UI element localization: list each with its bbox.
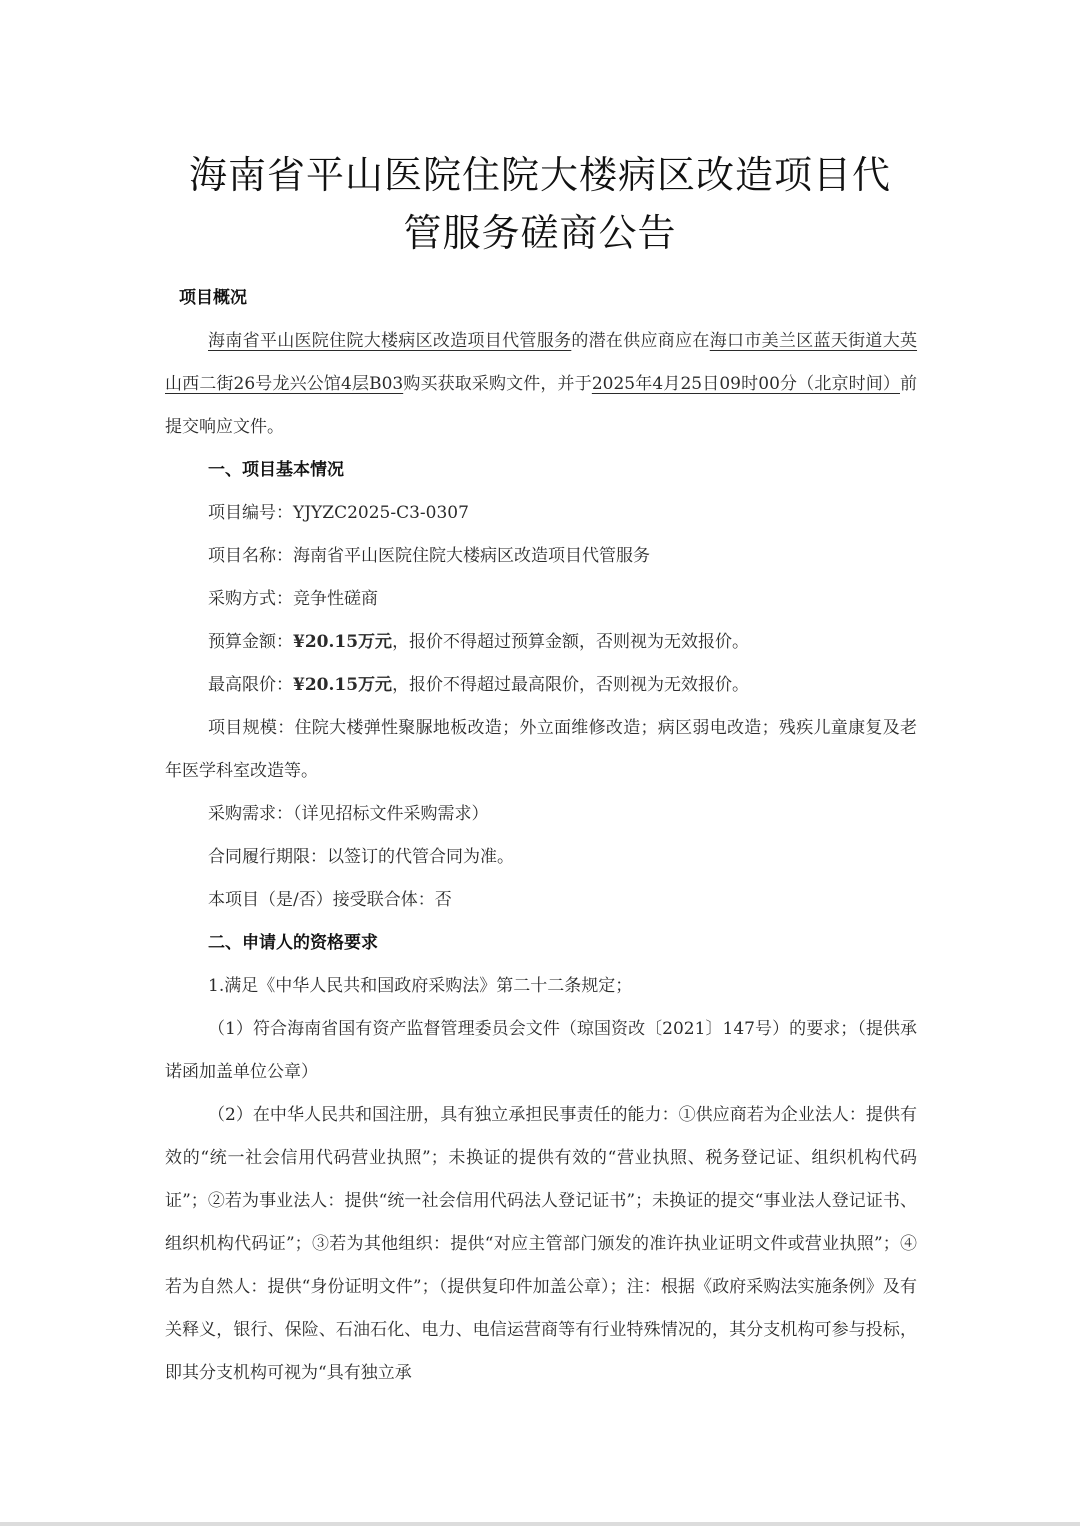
- project-number-row: 项目编号：YJYZC2025-C3-0307: [165, 492, 917, 535]
- max-price-label: 最高限价：: [208, 675, 293, 695]
- procurement-method-value: 竞争性磋商: [293, 589, 378, 609]
- procurement-method-row: 采购方式：竞争性磋商: [165, 578, 917, 621]
- consortium-value: 否: [435, 890, 452, 910]
- document-body: 项目概况 海南省平山医院住院大楼病区改造项目代管服务的潜在供应商应在海口市美兰区…: [165, 277, 917, 1395]
- qualification-item-1-1: （1）符合海南省国有资产监督管理委员会文件（琼国资改〔2021〕147号）的要求…: [165, 1008, 917, 1094]
- max-price-row: 最高限价：¥20.15万元，报价不得超过最高限价，否则视为无效报价。: [165, 664, 917, 707]
- project-scale-label: 项目规模：: [208, 718, 295, 738]
- procurement-demand-label: 采购需求：: [208, 804, 293, 824]
- procurement-demand-row: 采购需求：（详见招标文件采购需求）: [165, 793, 917, 836]
- qualification-item-1: 1.满足《中华人民共和国政府采购法》第二十二条规定；: [165, 965, 917, 1008]
- project-scale-row: 项目规模：住院大楼弹性聚脲地板改造；外立面维修改造；病区弱电改造；残疾儿童康复及…: [165, 707, 917, 793]
- budget-note: ，报价不得超过预算金额，否则视为无效报价。: [392, 632, 749, 652]
- document-title: 海南省平山医院住院大楼病区改造项目代 管服务磋商公告: [160, 146, 920, 262]
- project-name-row: 项目名称：海南省平山医院住院大楼病区改造项目代管服务: [165, 535, 917, 578]
- contract-period-row: 合同履行期限：以签订的代管合同为准。: [165, 836, 917, 879]
- budget-row: 预算金额：¥20.15万元，报价不得超过预算金额，否则视为无效报价。: [165, 621, 917, 664]
- title-line-2: 管服务磋商公告: [160, 204, 920, 262]
- procurement-method-label: 采购方式：: [208, 589, 293, 609]
- title-line-1: 海南省平山医院住院大楼病区改造项目代: [160, 146, 920, 204]
- contract-period-value: 以签订的代管合同为准。: [327, 847, 514, 867]
- contract-period-label: 合同履行期限：: [208, 847, 327, 867]
- budget-label: 预算金额：: [208, 632, 293, 652]
- overview-deadline: 2025年4月25日09时00分（北京时间）: [592, 374, 900, 394]
- document-page: 海南省平山医院住院大楼病区改造项目代 管服务磋商公告 项目概况 海南省平山医院住…: [0, 0, 1080, 1522]
- max-price-note: ，报价不得超过最高限价，否则视为无效报价。: [392, 675, 749, 695]
- consortium-row: 本项目（是/否）接受联合体：否: [165, 879, 917, 922]
- project-number-label: 项目编号：: [208, 503, 293, 523]
- overview-project-name: 海南省平山医院住院大楼病区改造项目代管服务: [208, 331, 571, 351]
- overview-text-1: 的潜在供应商应在: [571, 331, 709, 351]
- overview-text-2: 购买获取采购文件，并于: [403, 374, 592, 394]
- page-bottom-edge: [0, 1522, 1080, 1526]
- section-2-heading: 二、申请人的资格要求: [165, 922, 917, 965]
- project-number-value: YJYZC2025-C3-0307: [293, 503, 469, 523]
- section-1-heading: 一、项目基本情况: [165, 449, 917, 492]
- consortium-label: 本项目（是/否）接受联合体：: [208, 890, 435, 910]
- project-name-value: 海南省平山医院住院大楼病区改造项目代管服务: [293, 546, 650, 566]
- procurement-demand-value: （详见招标文件采购需求）: [293, 804, 489, 824]
- budget-amount: ¥20.15万元: [293, 632, 392, 652]
- max-price-amount: ¥20.15万元: [293, 675, 392, 695]
- project-name-label: 项目名称：: [208, 546, 293, 566]
- overview-paragraph: 海南省平山医院住院大楼病区改造项目代管服务的潜在供应商应在海口市美兰区蓝天街道大…: [165, 320, 917, 449]
- qualification-item-1-2: （2）在中华人民共和国注册，具有独立承担民事责任的能力：①供应商若为企业法人：提…: [165, 1094, 917, 1395]
- overview-heading: 项目概况: [165, 277, 917, 320]
